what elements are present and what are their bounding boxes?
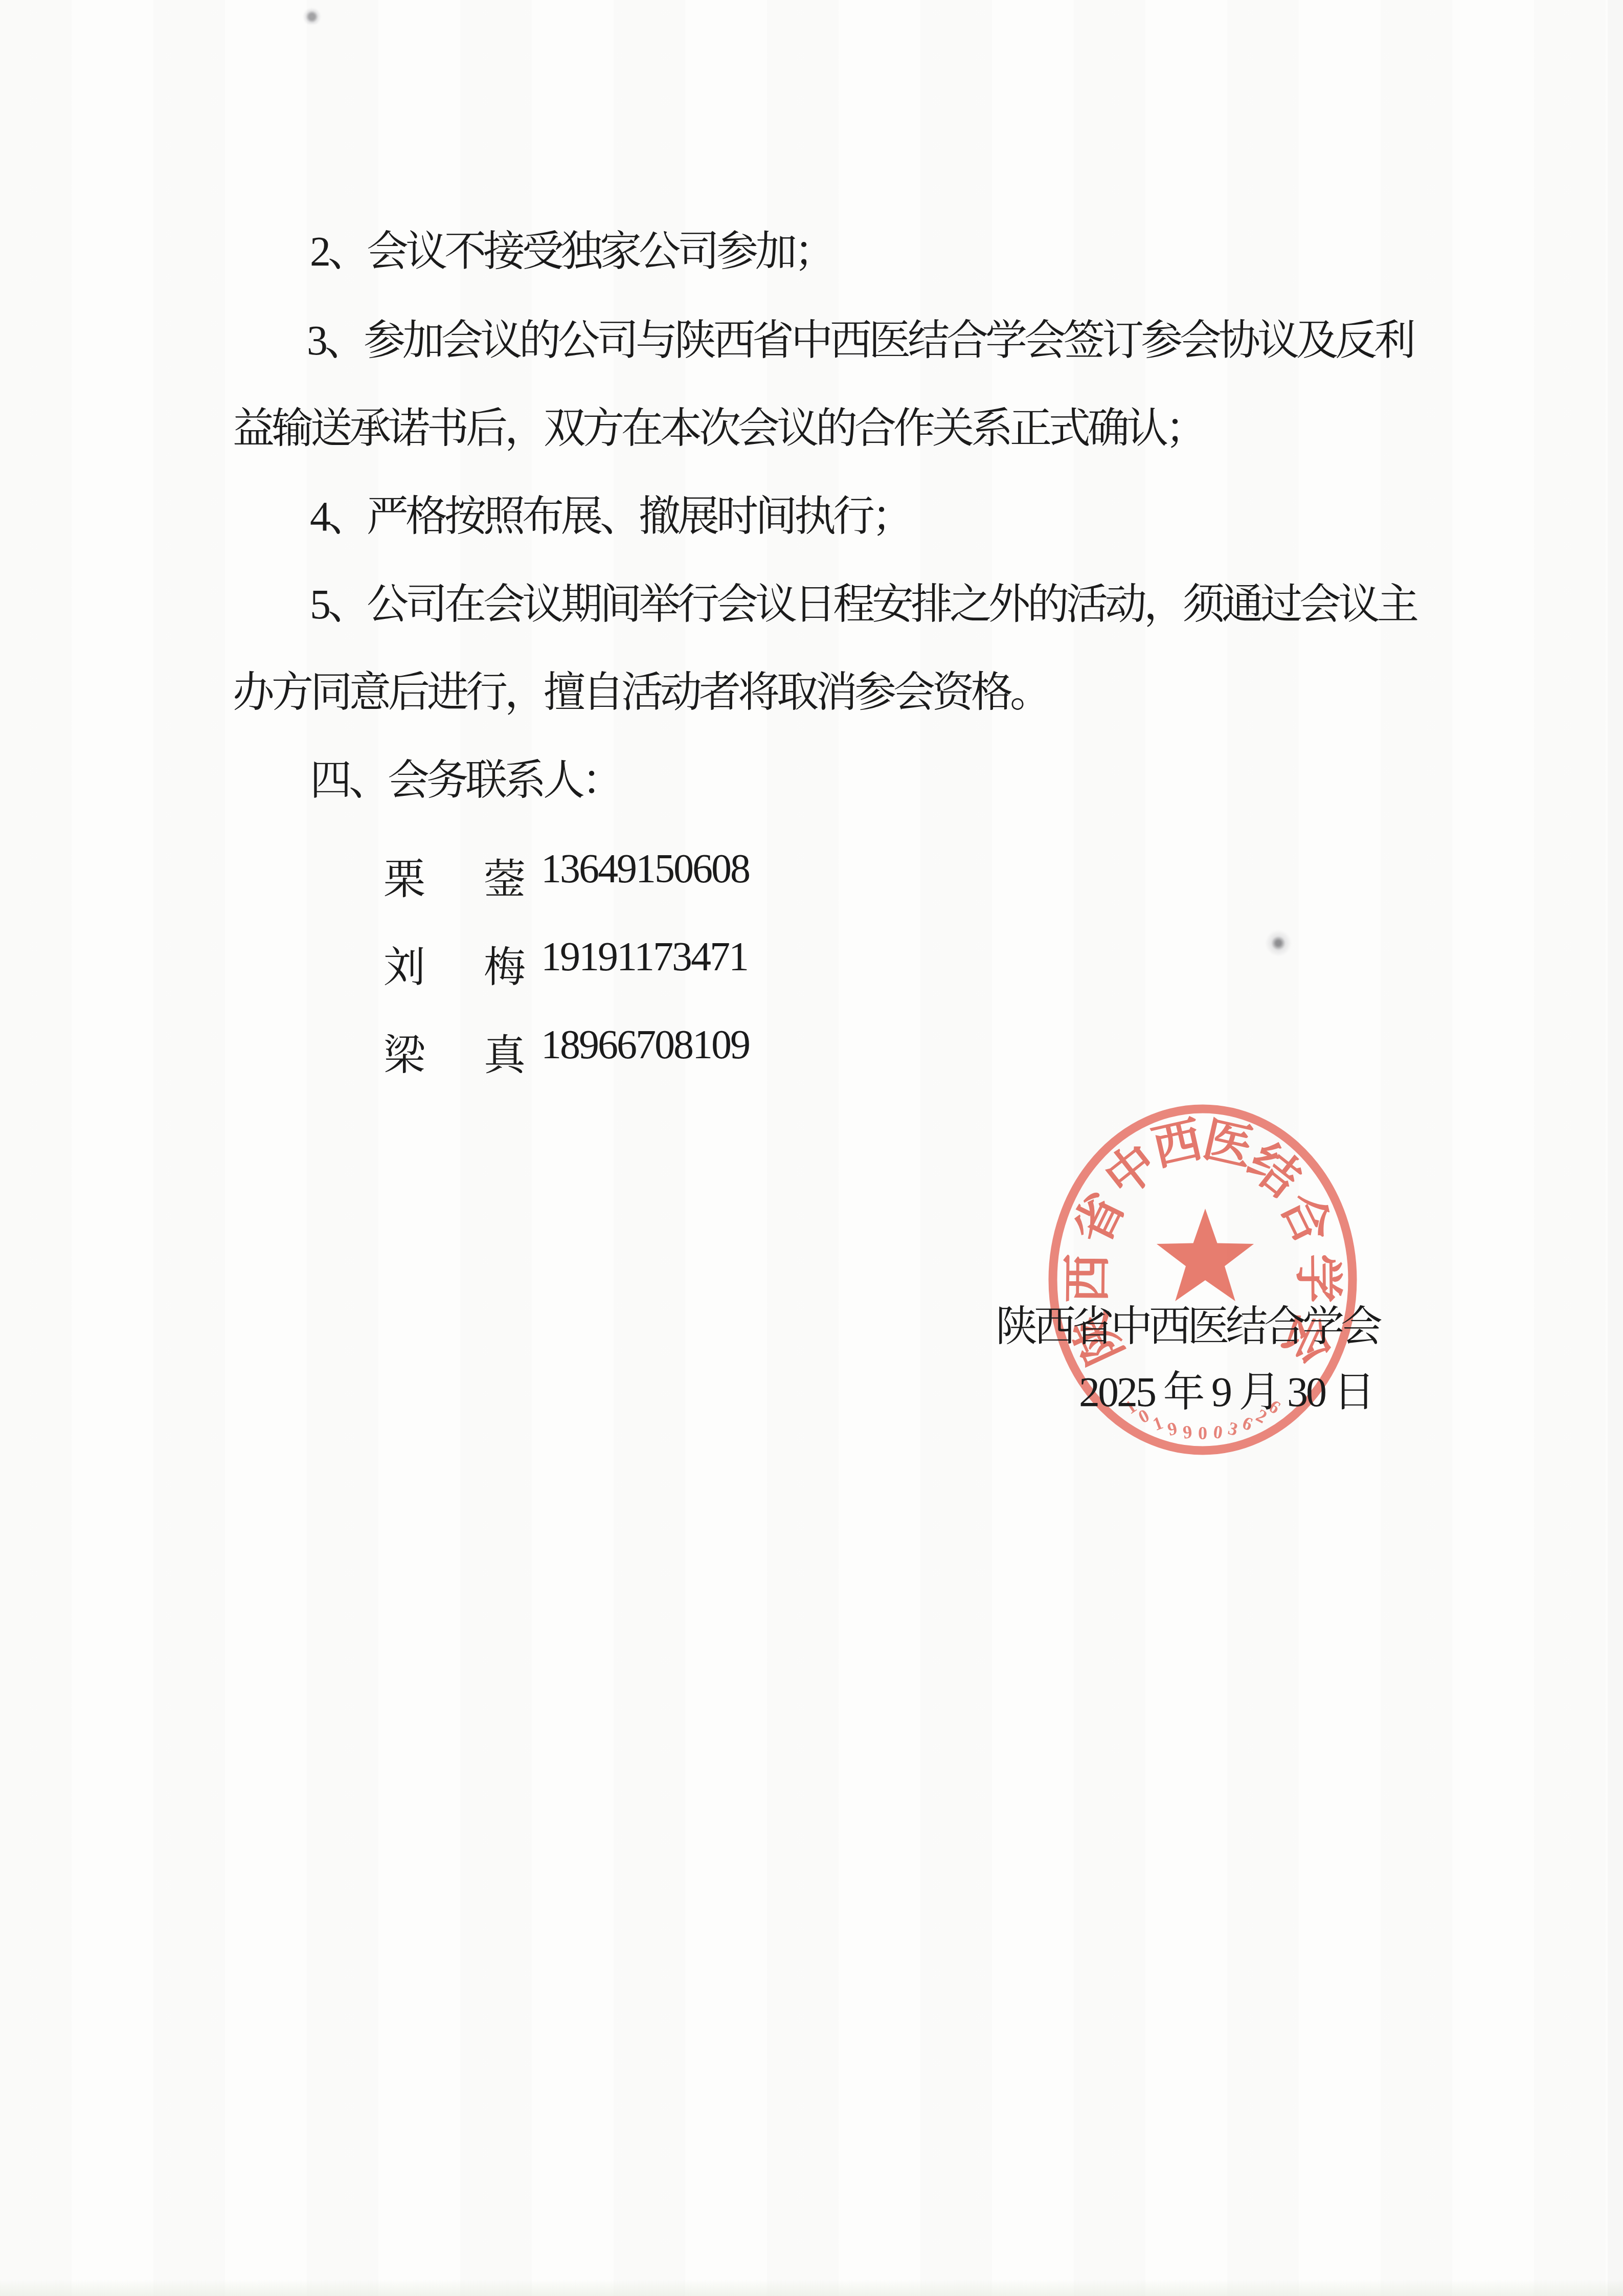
signature-org: 陕西省中西医结合学会 bbox=[996, 1293, 1379, 1353]
contact-row-2: 刘 梅 19191173471 bbox=[384, 934, 895, 983]
seal-serial-digit: 9 bbox=[1165, 1418, 1179, 1440]
red-star-icon bbox=[1157, 1209, 1254, 1301]
signature-date: 2025 年 9 月 30 日 bbox=[1079, 1358, 1373, 1418]
contact-1-given: 蓥 bbox=[484, 846, 526, 906]
seal-serial-digit: 3 bbox=[1226, 1418, 1240, 1440]
contact-1-phone: 13649150608 bbox=[541, 846, 749, 893]
section-4-contacts-title: 四、会务联系人： bbox=[310, 758, 621, 804]
clause-5-line-2: 办方同意后进行，擅自活动者将取消参会资格。 bbox=[233, 670, 1049, 716]
scan-edge-bottom bbox=[0, 2280, 1623, 2296]
contact-2-phone: 19191173471 bbox=[541, 934, 748, 980]
contact-1-surname: 栗 bbox=[384, 846, 425, 906]
scan-edge-right bbox=[1608, 0, 1623, 2296]
seal-serial-digit: 9 bbox=[1182, 1421, 1193, 1443]
contact-2-surname: 刘 bbox=[384, 934, 425, 994]
contact-row-3: 梁 真 18966708109 bbox=[384, 1022, 895, 1071]
clause-3-line-2: 益输送承诺书后，双方在本次会议的合作关系正式确认； bbox=[233, 406, 1204, 452]
seal-serial-digit: 0 bbox=[1198, 1423, 1207, 1443]
contact-3-phone: 18966708109 bbox=[541, 1022, 749, 1068]
scan-speck-top bbox=[303, 7, 321, 25]
seal-serial-digit: 0 bbox=[1212, 1421, 1224, 1443]
scan-speck-middle bbox=[1262, 927, 1295, 960]
contact-row-1: 栗 蓥 13649150608 bbox=[384, 846, 895, 895]
contact-2-given: 梅 bbox=[484, 934, 526, 994]
scanned-document-page: 2、会议不接受独家公司参加； 3、参加会议的公司与陕西省中西医结合学会签订参会协… bbox=[0, 0, 1623, 2296]
contact-3-surname: 梁 bbox=[384, 1022, 425, 1082]
clause-3-line-1: 3、参加会议的公司与陕西省中西医结合学会签订参会协议及反利 bbox=[307, 318, 1413, 364]
clause-2-line: 2、会议不接受独家公司参加； bbox=[310, 229, 833, 275]
contact-3-given: 真 bbox=[484, 1022, 526, 1082]
clause-5-line-1: 5、公司在会议期间举行会议日程安排之外的活动，须通过会议主 bbox=[310, 582, 1416, 628]
clause-4-line: 4、严格按照布展、撤展时间执行； bbox=[310, 494, 911, 540]
